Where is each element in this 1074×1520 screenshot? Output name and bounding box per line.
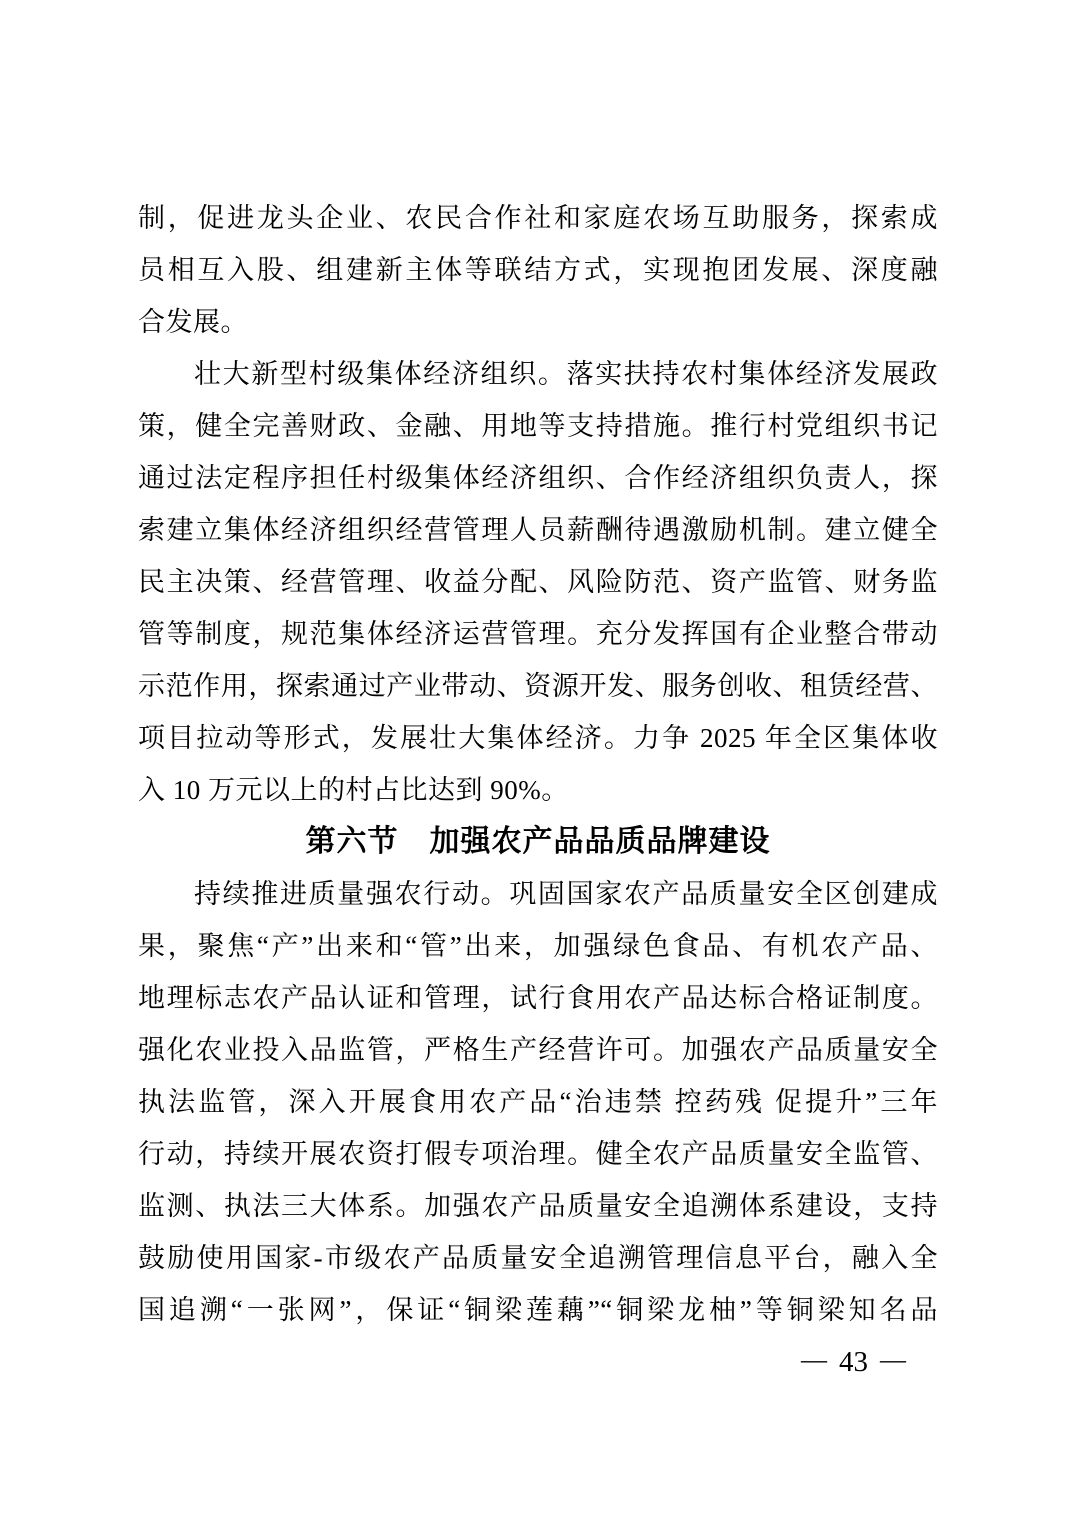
text-line: 合发展。 <box>138 296 938 348</box>
text-line: 员相互入股、组建新主体等联结方式，实现抱团发展、深度融 <box>138 244 938 296</box>
paragraph: 持续推进质量强农行动。巩固国家农产品质量安全区创建成果，聚焦“产”出来和“管”出… <box>138 868 938 1336</box>
text-line: 执法监管，深入开展食用农产品“治违禁 控药残 促提升”三年 <box>138 1076 938 1128</box>
text-line: 鼓励使用国家-市级农产品质量安全追溯管理信息平台，融入全 <box>138 1232 938 1284</box>
text-line: 强化农业投入品监管，严格生产经营许可。加强农产品质量安全 <box>138 1024 938 1076</box>
text-line: 果，聚焦“产”出来和“管”出来，加强绿色食品、有机农产品、 <box>138 920 938 972</box>
text-line: 索建立集体经济组织经营管理人员薪酬待遇激励机制。建立健全 <box>138 504 938 556</box>
footer-dash-left: — <box>801 1345 827 1374</box>
text-line: 国追溯“一张网”，保证“铜梁莲藕”“铜梁龙柚”等铜梁知名品 <box>138 1284 938 1336</box>
text-line: 行动，持续开展农资打假专项治理。健全农产品质量安全监管、 <box>138 1128 938 1180</box>
section-heading: 第六节 加强农产品品质品牌建设 <box>138 816 938 868</box>
page-number: 43 <box>839 1346 868 1378</box>
text-line: 地理标志农产品认证和管理，试行食用农产品达标合格证制度。 <box>138 972 938 1024</box>
text-line: 持续推进质量强农行动。巩固国家农产品质量安全区创建成 <box>138 868 938 920</box>
paragraph: 制，促进龙头企业、农民合作社和家庭农场互助服务，探索成员相互入股、组建新主体等联… <box>138 192 938 348</box>
document-body: 制，促进龙头企业、农民合作社和家庭农场互助服务，探索成员相互入股、组建新主体等联… <box>138 192 938 1336</box>
footer-dash-right: — <box>880 1345 906 1374</box>
text-line: 民主决策、经营管理、收益分配、风险防范、资产监管、财务监 <box>138 556 938 608</box>
text-line: 监测、执法三大体系。加强农产品质量安全追溯体系建设，支持 <box>138 1180 938 1232</box>
paragraph: 壮大新型村级集体经济组织。落实扶持农村集体经济发展政策，健全完善财政、金融、用地… <box>138 348 938 816</box>
page-footer: —43— <box>801 1344 906 1381</box>
text-line: 项目拉动等形式，发展壮大集体经济。力争 2025 年全区集体收 <box>138 712 938 764</box>
text-line: 管等制度，规范集体经济运营管理。充分发挥国有企业整合带动 <box>138 608 938 660</box>
text-line: 入 10 万元以上的村占比达到 90%。 <box>138 764 938 816</box>
text-line: 制，促进龙头企业、农民合作社和家庭农场互助服务，探索成 <box>138 192 938 244</box>
document-page: 制，促进龙头企业、农民合作社和家庭农场互助服务，探索成员相互入股、组建新主体等联… <box>0 0 1074 1520</box>
text-line: 示范作用，探索通过产业带动、资源开发、服务创收、租赁经营、 <box>138 660 938 712</box>
text-line: 壮大新型村级集体经济组织。落实扶持农村集体经济发展政 <box>138 348 938 400</box>
text-line: 策，健全完善财政、金融、用地等支持措施。推行村党组织书记 <box>138 400 938 452</box>
text-line: 通过法定程序担任村级集体经济组织、合作经济组织负责人，探 <box>138 452 938 504</box>
